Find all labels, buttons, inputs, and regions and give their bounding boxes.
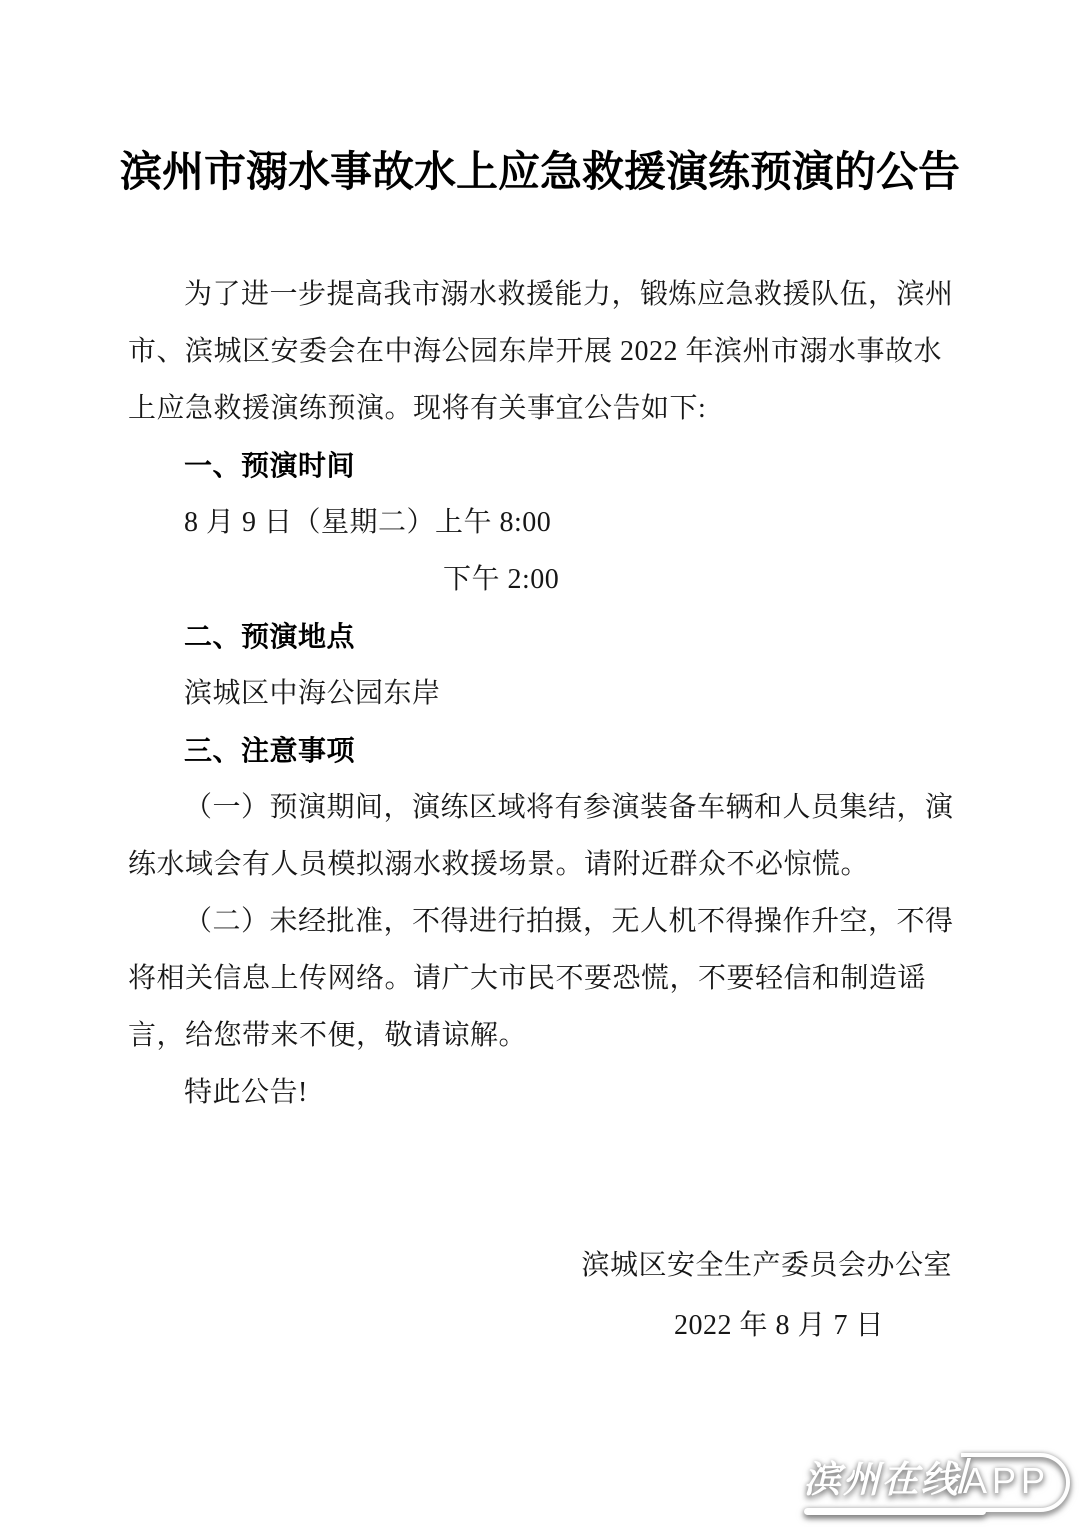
time-line-afternoon: 下午 2:00 xyxy=(128,551,952,608)
location-line: 滨城区中海公园东岸 xyxy=(128,665,952,722)
section-heading-2: 二、预演地点 xyxy=(128,608,952,665)
logo-site-name-wrap: 滨州在线 xyxy=(804,1449,960,1515)
notice-2-line-1: （二）未经批准，不得进行拍摄，无人机不得操作升空，不得 xyxy=(128,893,952,950)
document-title: 滨州市溺水事故水上应急救援演练预演的公告 xyxy=(0,144,1080,200)
signature-date: 2022 年 8 月 7 日 xyxy=(0,1297,884,1354)
intro-line-1: 为了进一步提高我市溺水救援能力，锻炼应急救援队伍，滨州 xyxy=(128,266,952,323)
notice-2-line-3: 言，给您带来不便，敬请谅解。 xyxy=(128,1007,952,1064)
document-body: 为了进一步提高我市溺水救援能力，锻炼应急救援队伍，滨州 市、滨城区安委会在中海公… xyxy=(128,266,952,1121)
notice-1-line-1: （一）预演期间，演练区域将有参演装备车辆和人员集结，演 xyxy=(128,779,952,836)
notice-1-line-2: 练水域会有人员模拟溺水救援场景。请附近群众不必惊慌。 xyxy=(128,836,952,893)
document-page: 滨州市溺水事故水上应急救援演练预演的公告 为了进一步提高我市溺水救援能力，锻炼应… xyxy=(0,0,1080,1527)
logo-underline-bar xyxy=(804,1508,986,1515)
intro-line-2: 市、滨城区安委会在中海公园东岸开展 2022 年滨州市溺水事故水 xyxy=(128,323,952,380)
section-heading-1: 一、预演时间 xyxy=(128,437,952,494)
binzhou-online-app-logo: 滨州在线 / APP xyxy=(804,1449,1070,1515)
intro-line-3: 上应急救援演练预演。现将有关事宜公告如下: xyxy=(128,380,952,437)
logo-app-label: APP xyxy=(961,1453,1070,1512)
signature-org: 滨城区安全生产委员会办公室 xyxy=(128,1237,952,1294)
closing-line: 特此公告! xyxy=(128,1064,952,1121)
section-heading-3: 三、注意事项 xyxy=(128,722,952,779)
logo-site-name: 滨州在线 xyxy=(804,1459,960,1500)
notice-2-line-2: 将相关信息上传网络。请广大市民不要恐慌，不要轻信和制造谣 xyxy=(128,950,952,1007)
time-line-morning: 8 月 9 日（星期二）上午 8:00 xyxy=(128,494,952,551)
logo-slash-divider: / xyxy=(958,1450,971,1505)
